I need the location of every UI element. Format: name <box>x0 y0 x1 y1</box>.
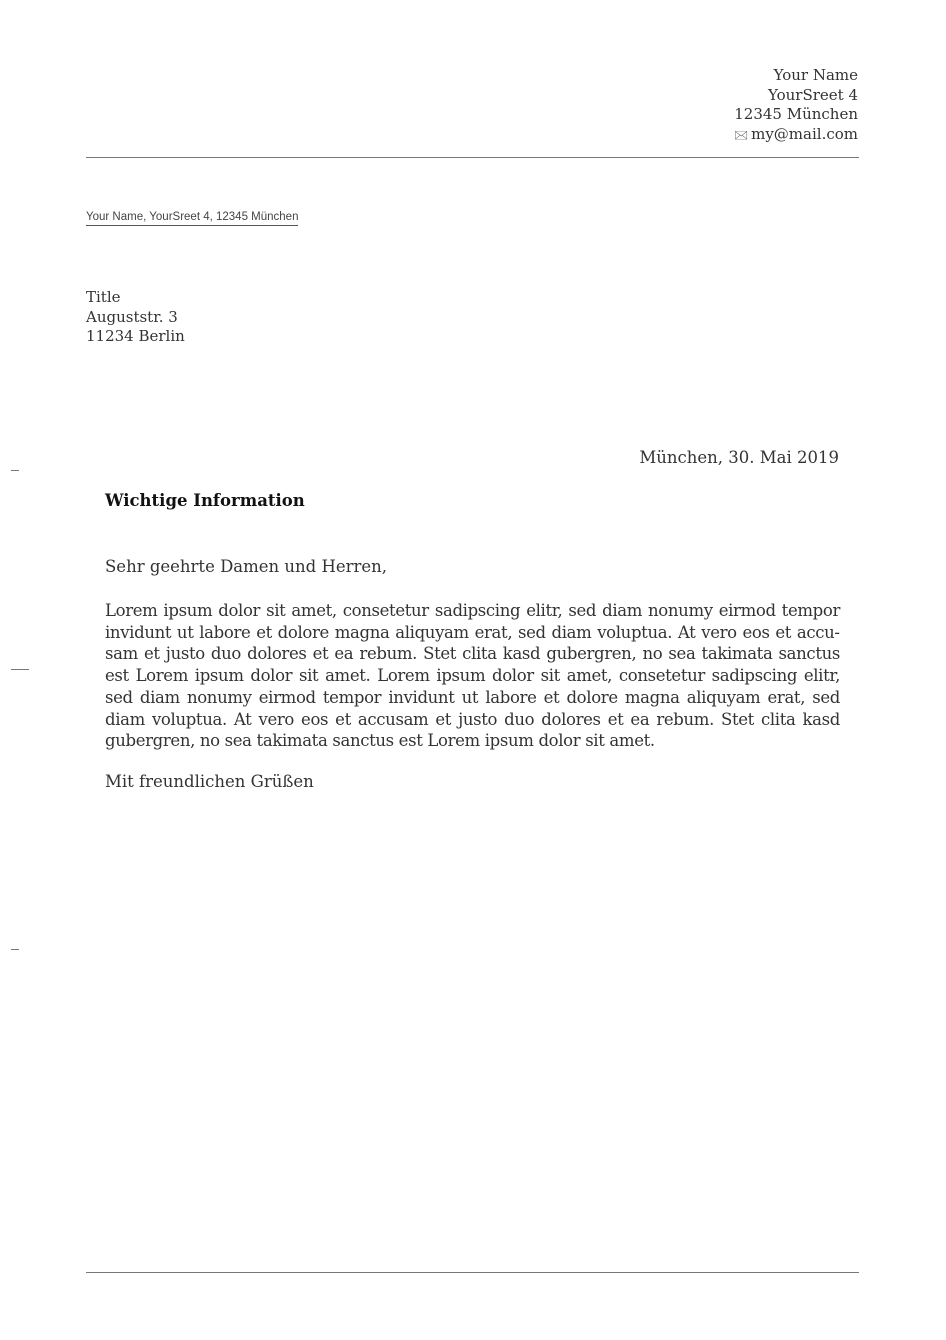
recipient-address: Title Auguststr. 3 11234 Berlin <box>86 288 185 347</box>
letter-salutation: Sehr geehrte Damen und Herren, <box>105 557 387 576</box>
sender-city: 12345 München <box>734 105 858 125</box>
punch-mark <box>11 669 29 670</box>
sender-email-line: 🖂my@mail.com <box>734 125 858 146</box>
letter-subject: Wichtige Information <box>105 491 305 510</box>
recipient-street: Auguststr. 3 <box>86 308 185 328</box>
recipient-city: 11234 Berlin <box>86 327 185 347</box>
footer-divider <box>86 1272 859 1273</box>
recipient-title: Title <box>86 288 185 308</box>
envelope-icon: 🖂 <box>734 128 748 142</box>
sender-email: my@mail.com <box>751 125 858 143</box>
sender-name: Your Name <box>734 66 858 86</box>
return-address-line: Your Name, YourSreet 4, 12345 München <box>86 210 298 226</box>
sender-address: Your Name YourSreet 4 12345 München 🖂my@… <box>734 66 858 145</box>
header-divider <box>86 157 859 158</box>
fold-mark-bottom <box>11 949 19 950</box>
letter-closing: Mit freundlichen Grüßen <box>105 772 314 791</box>
letter-body: Lorem ipsum dolor sit amet, consetetur s… <box>105 600 840 752</box>
fold-mark-top <box>11 470 19 471</box>
sender-street: YourSreet 4 <box>734 86 858 106</box>
letter-date: München, 30. Mai 2019 <box>639 448 839 467</box>
